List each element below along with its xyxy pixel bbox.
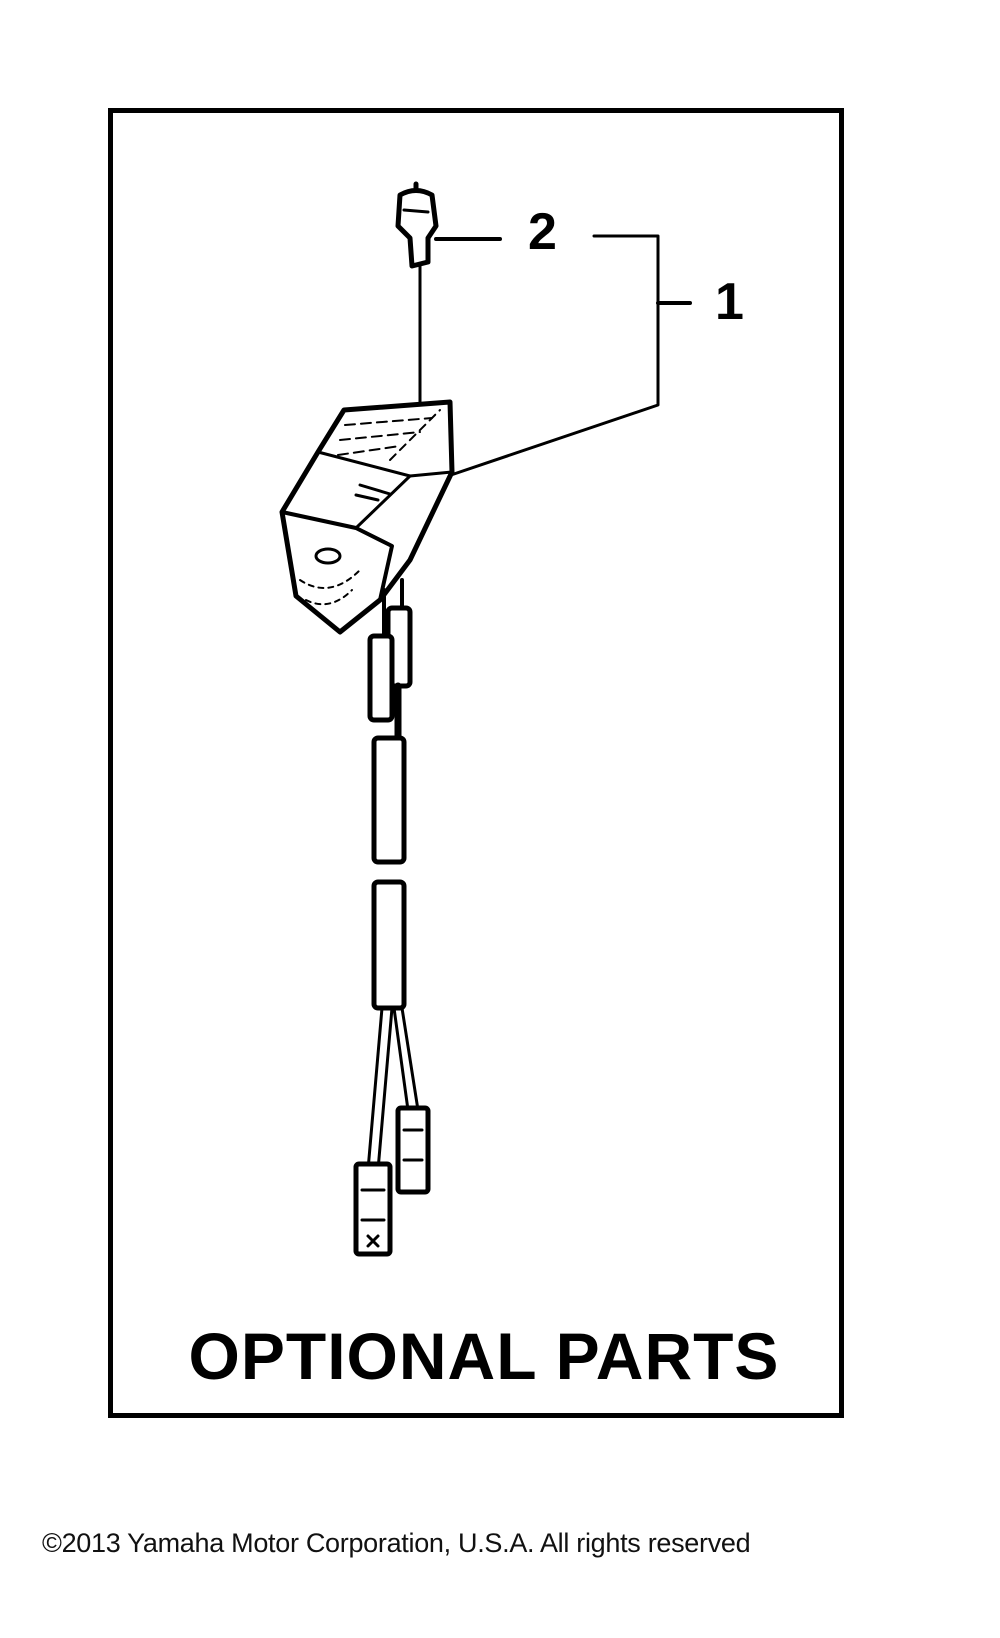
switch-icon bbox=[282, 402, 452, 632]
copyright-notice: ©2013 Yamaha Motor Corporation, U.S.A. A… bbox=[42, 1528, 750, 1559]
connector-icon bbox=[356, 1108, 428, 1254]
section-title: OPTIONAL PARTS bbox=[0, 1318, 968, 1394]
leader-lines bbox=[436, 236, 690, 476]
callout-2: 2 bbox=[528, 206, 557, 258]
wiring-harness-icon bbox=[368, 580, 418, 1170]
callout-1: 1 bbox=[715, 276, 744, 328]
screw-icon bbox=[398, 184, 436, 405]
